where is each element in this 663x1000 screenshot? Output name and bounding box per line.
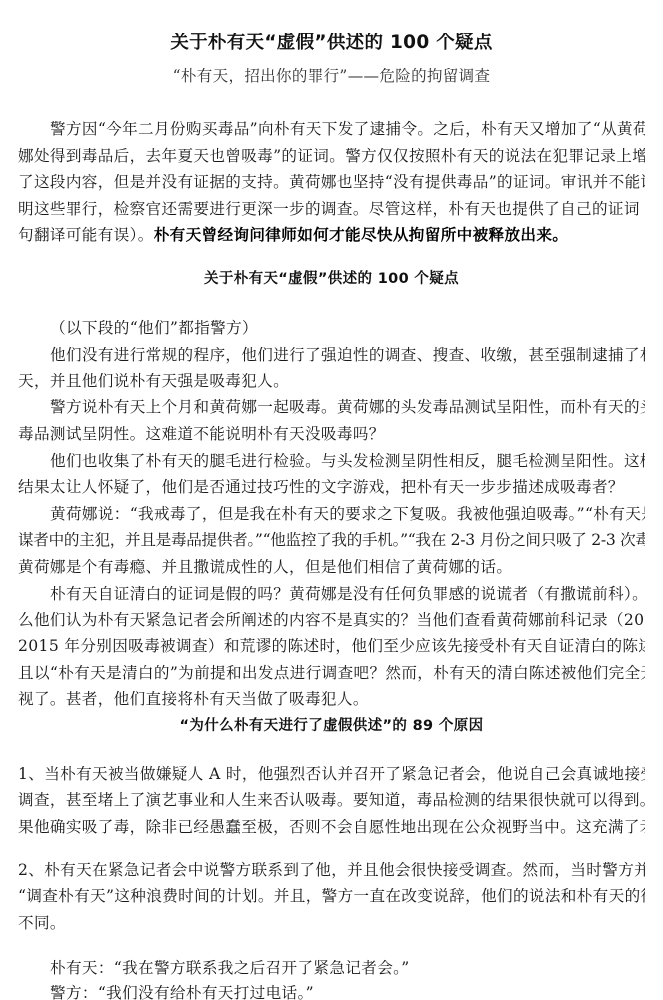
paragraph-line: 谋者中的主犯，并且是毒品提供者。”“他监控了我的手机。”“我在 2-3 月份之间…	[18, 530, 645, 550]
intro-bold-text: 朴有天曾经询问律师如何才能尽快从拘留所中被释放出来。	[154, 226, 569, 244]
paragraph-line: 2015 年分别因吸毒被调查）和荒谬的陈述时，他们至少应该先接受朴有天自证清白的…	[18, 636, 645, 656]
document-subtitle: “朴有天，招出你的罪行”——危险的拘留调查	[0, 66, 663, 86]
paragraph-line: 天，并且他们说朴有天强是吸毒犯人。	[18, 371, 645, 391]
paragraph-line: 黄荷娜是个有毒瘾、并且撒谎成性的人，但是他们相信了黄荷娜的话。	[18, 557, 645, 577]
intro-line: 娜处得到毒品后，去年夏天也曾吸毒”的证词。警方仅仅按照朴有天的说法在犯罪记录上增…	[18, 146, 645, 166]
reason-line: 2、朴有天在紧急记者会中说警方联系到了他，并且他会很快接受调查。然而，当时警方并…	[18, 860, 645, 880]
section2-heading: “为什么朴有天进行了虚假供述”的 89 个原因	[0, 716, 663, 736]
paragraph-line: 警方说朴有天上个月和黄荷娜一起吸毒。黄荷娜的头发毒品测试呈阳性，而朴有天的头发	[50, 397, 645, 417]
document-title: 关于朴有天“虚假”供述的 100 个疑点	[0, 33, 663, 53]
paragraph-line: 朴有天自证清白的证词是假的吗？黄荷娜是没有任何负罪感的说谎者（有撒谎前科）。为什	[50, 584, 645, 604]
section1-heading: 关于朴有天“虚假”供述的 100 个疑点	[0, 269, 663, 289]
paragraph-line: 他们没有进行常规的程序，他们进行了强迫性的调查、搜查、收缴，甚至强制逮捕了朴有	[50, 345, 645, 365]
section1-note: （以下段的“他们”都指警方）	[50, 318, 645, 338]
paragraph-line: 黄荷娜说：“我戒毒了，但是我在朴有天的要求之下复吸。我被他强迫吸毒。”“朴有天是…	[50, 504, 645, 524]
reason-line: 1、当朴有天被当做嫌疑人 A 时，他强烈否认并召开了紧急记者会，他说自己会真诚地…	[18, 764, 645, 784]
reason-line: 不同。	[18, 913, 645, 933]
reason-line: “调查朴有天”这种浪费时间的计划。并且，警方一直在改变说辞，他们的说法和朴有天的…	[18, 886, 645, 906]
intro-line: 了这段内容，但是并没有证据的支持。黄荷娜也坚持“没有提供毒品”的证词。审讯并不能…	[18, 172, 645, 192]
paragraph-line: 视了。甚者，他们直接将朴有天当做了吸毒犯人。	[18, 689, 645, 709]
intro-line: 警方因“今年二月份购买毒品”向朴有天下发了逮捕令。之后，朴有天又增加了“从黄荷	[50, 119, 645, 139]
paragraph-line: 结果太让人怀疑了，他们是否通过技巧性的文字游戏，把朴有天一步步描述成吸毒者？	[18, 477, 645, 497]
quote-line: 警方：“我们没有给朴有天打过电话。”	[50, 983, 645, 1000]
document-page: 关于朴有天“虚假”供述的 100 个疑点 “朴有天，招出你的罪行”——危险的拘留…	[0, 0, 663, 1000]
paragraph-line: 且以“朴有天是清白的”为前提和出发点进行调查吧？然而，朴有天的清白陈述被他们完全…	[18, 663, 645, 683]
quote-line: 朴有天：“我在警方联系我之后召开了紧急记者会。”	[50, 958, 645, 978]
paragraph-line: 他们也收集了朴有天的腿毛进行检验。与头发检测呈阴性相反，腿毛检测呈阳性。这样的	[50, 451, 645, 471]
reason-line: 果他确实吸了毒，除非已经愚蠢至极，否则不会自愿性地出现在公众视野当中。这充满了矛…	[18, 817, 645, 837]
intro-line: 句翻译可能有误）。朴有天曾经询问律师如何才能尽快从拘留所中被释放出来。	[18, 225, 645, 245]
paragraph-line: 毒品测试呈阴性。这难道不能说明朴有天没吸毒吗？	[18, 424, 645, 444]
reason-line: 调查，甚至堵上了演艺事业和人生来否认吸毒。要知道，毒品检测的结果很快就可以得到。…	[18, 790, 645, 810]
intro-plain-text: 句翻译可能有误）。	[18, 226, 154, 244]
paragraph-line: 么他们认为朴有天紧急记者会所阐述的内容不是真实的？当他们查看黄荷娜前科记录（20…	[18, 610, 645, 630]
intro-line: 明这些罪行，检察官还需要进行更深一步的调查。尽管这样，朴有天也提供了自己的证词（…	[18, 199, 645, 219]
